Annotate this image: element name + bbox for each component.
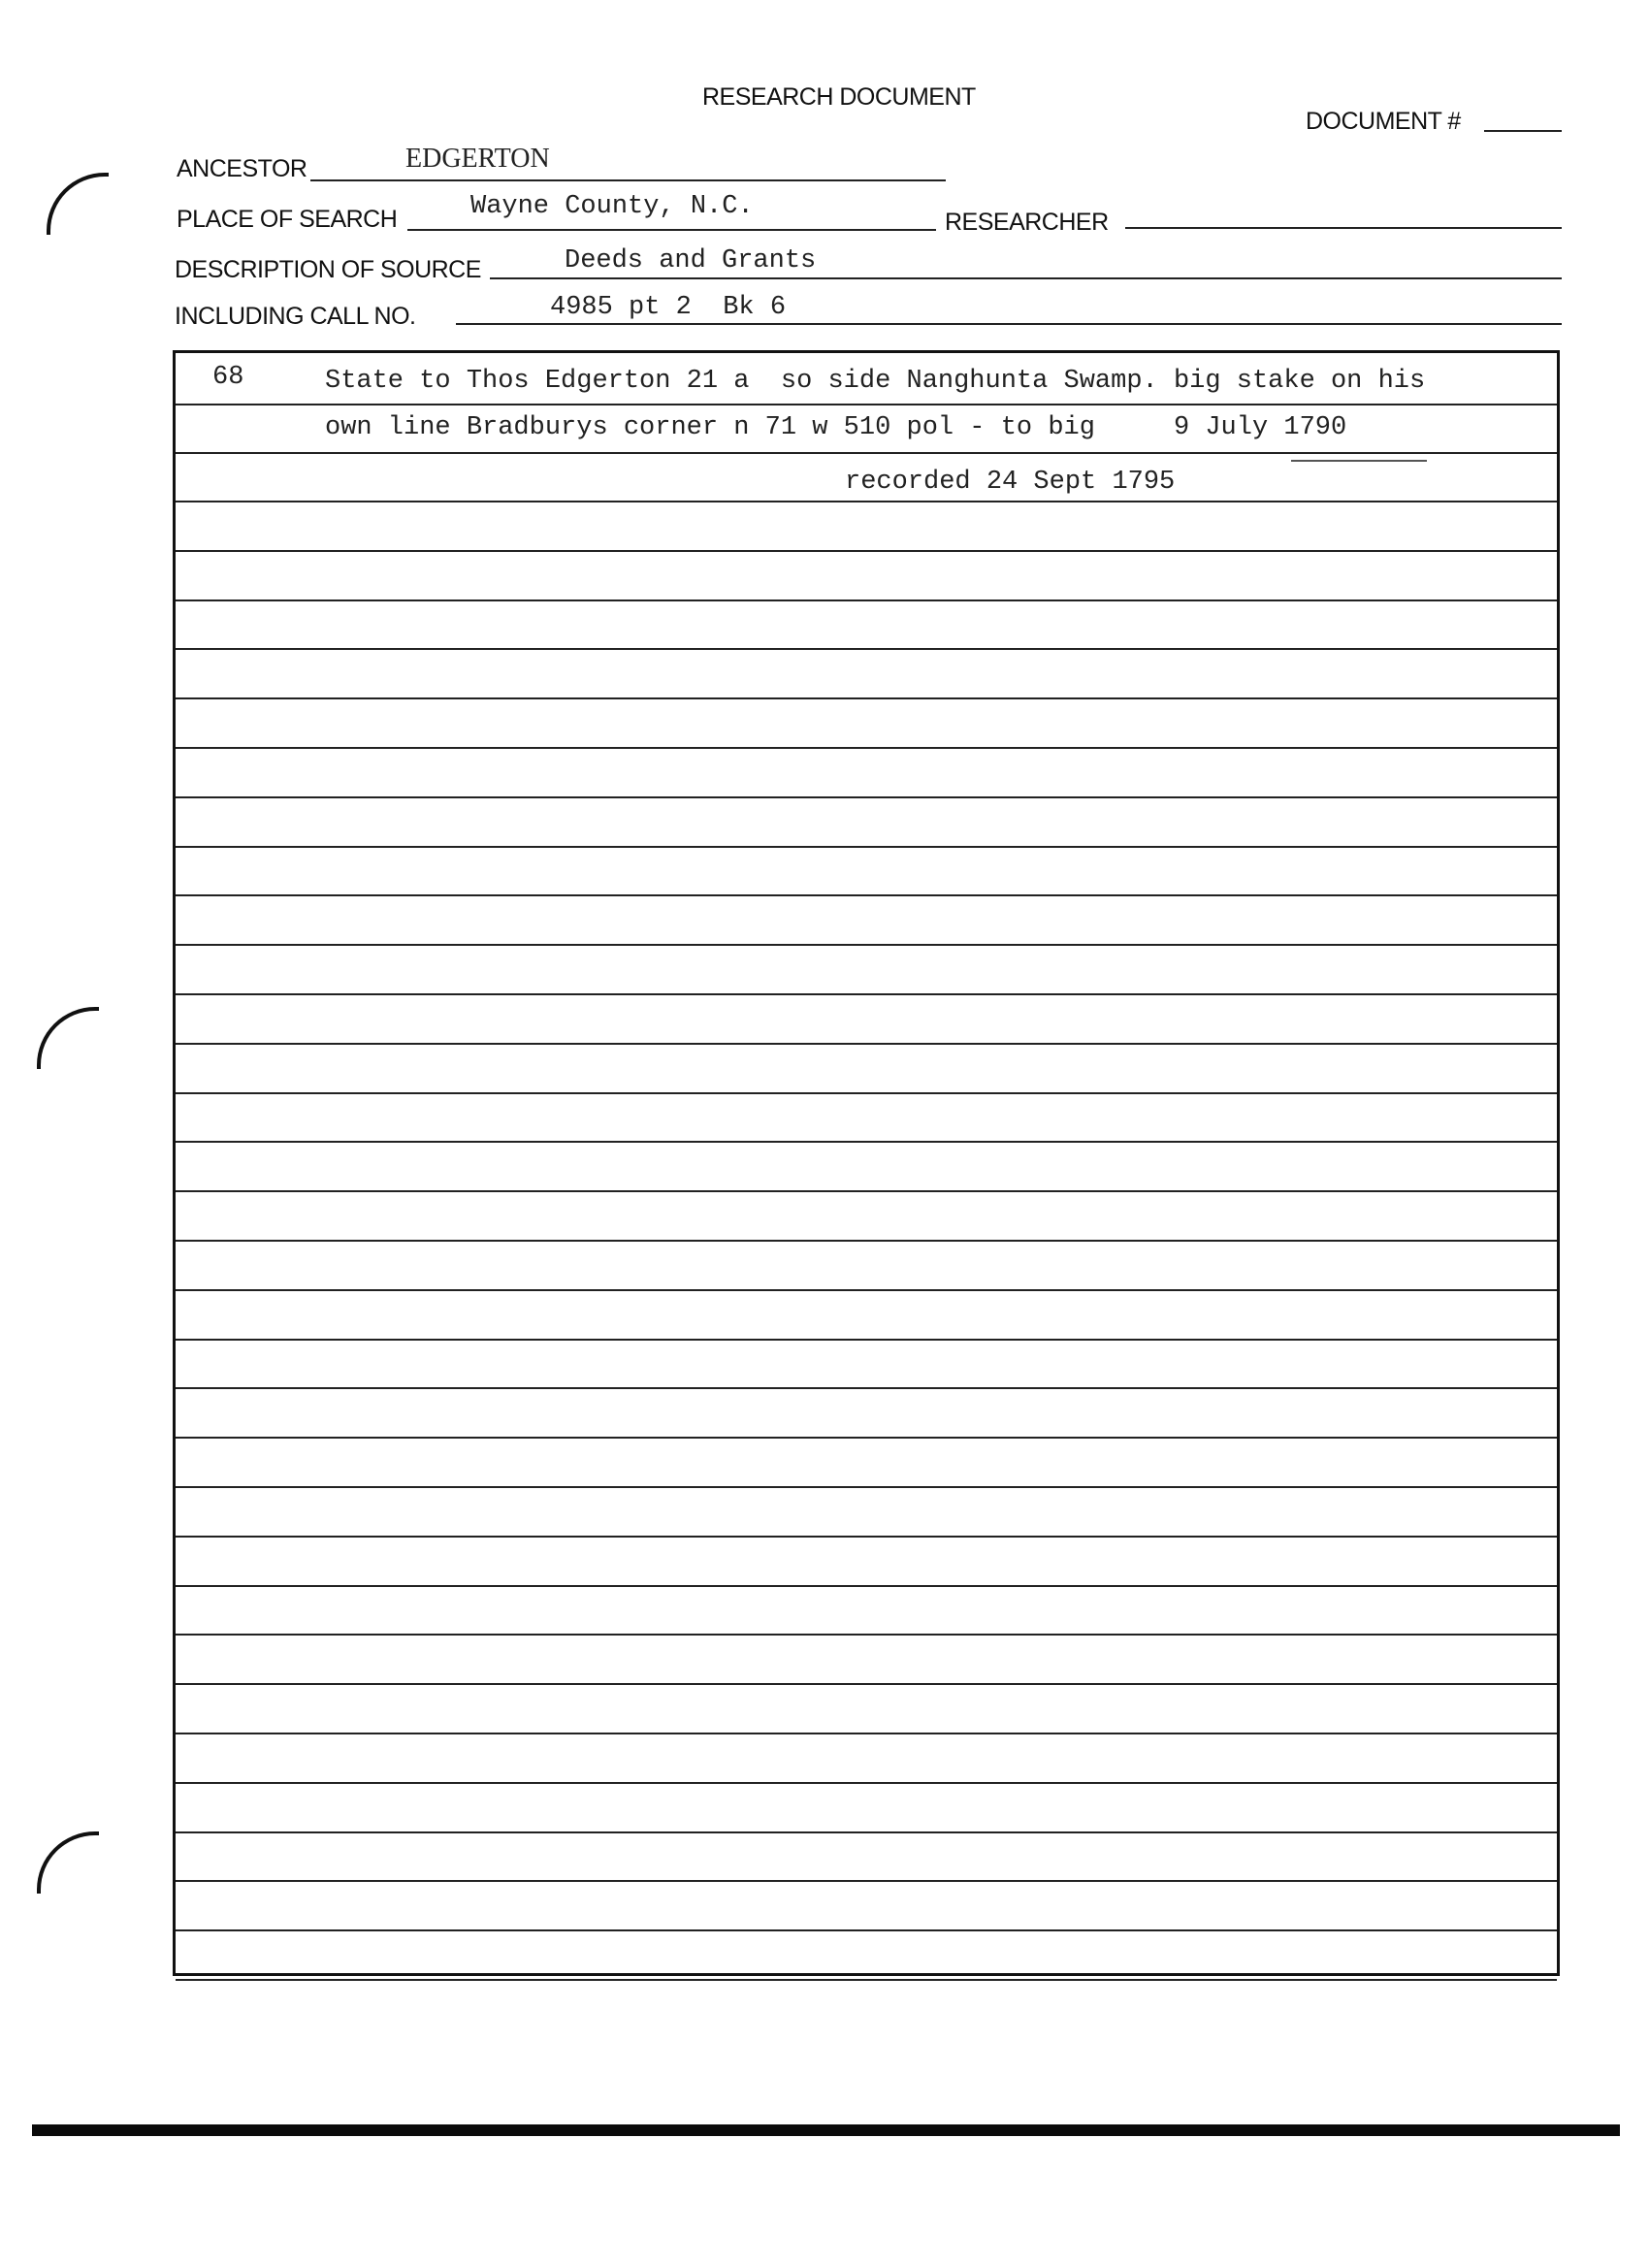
pen-mark — [1291, 460, 1427, 462]
document-number-label: DOCUMENT # — [1306, 108, 1461, 136]
binder-hole-middle — [37, 1007, 99, 1069]
call-no-label: INCLUDING CALL NO. — [175, 303, 415, 331]
call-no-value[interactable]: 4985 pt 2 Bk 6 — [550, 293, 786, 322]
entry-text: recorded 24 Sept 1795 — [845, 468, 1175, 497]
table-row-blank — [176, 946, 1557, 995]
table-row-blank — [176, 1833, 1557, 1883]
table-row-blank — [176, 1389, 1557, 1439]
binder-hole-top — [47, 173, 109, 235]
table-row-blank — [176, 1094, 1557, 1144]
description-of-source-value[interactable]: Deeds and Grants — [565, 246, 816, 275]
table-row-blank — [176, 1734, 1557, 1784]
ancestor-line — [310, 179, 946, 181]
entries-table: 68 State to Thos Edgerton 21 a so side N… — [173, 350, 1560, 1976]
table-row-blank — [176, 1685, 1557, 1734]
table-row-blank — [176, 995, 1557, 1045]
table-row-blank — [176, 1488, 1557, 1538]
table-row-blank — [176, 848, 1557, 897]
table-row-blank — [176, 896, 1557, 946]
entry-page-number: 68 — [212, 363, 243, 392]
table-row-blank — [176, 502, 1557, 552]
table-row-blank — [176, 1784, 1557, 1833]
table-row-blank — [176, 1882, 1557, 1931]
table-row-blank — [176, 1538, 1557, 1587]
description-of-source-line — [490, 277, 1562, 279]
table-row-blank — [176, 1192, 1557, 1242]
place-of-search-line — [407, 229, 936, 231]
table-row-blank — [176, 1587, 1557, 1636]
table-row-blank — [176, 1045, 1557, 1094]
place-of-search-label: PLACE OF SEARCH — [177, 206, 397, 234]
table-row-blank — [176, 1291, 1557, 1341]
table-row-blank — [176, 1931, 1557, 1981]
document-title: RESEARCH DOCUMENT — [702, 83, 976, 112]
table-row-blank — [176, 552, 1557, 601]
binder-hole-bottom — [37, 1831, 99, 1894]
table-row-blank — [176, 749, 1557, 798]
description-of-source-label: DESCRIPTION OF SOURCE — [175, 256, 481, 284]
ancestor-label: ANCESTOR — [177, 155, 307, 183]
entry-text: State to Thos Edgerton 21 a so side Nang… — [325, 367, 1425, 396]
ancestor-value[interactable]: EDGERTON — [405, 144, 550, 175]
entry-text: own line Bradburys corner n 71 w 510 pol… — [325, 413, 1346, 442]
researcher-label: RESEARCHER — [945, 209, 1109, 237]
document-number-line — [1484, 130, 1562, 132]
researcher-line — [1125, 227, 1562, 229]
table-row-blank — [176, 1439, 1557, 1488]
bottom-rule — [32, 2124, 1620, 2136]
table-row-blank — [176, 1143, 1557, 1192]
table-row-blank — [176, 699, 1557, 749]
table-row-blank — [176, 798, 1557, 848]
table-row: 68 State to Thos Edgerton 21 a so side N… — [176, 353, 1557, 405]
table-row-blank — [176, 1341, 1557, 1390]
place-of-search-value[interactable]: Wayne County, N.C. — [470, 192, 754, 221]
call-no-line — [456, 323, 1562, 325]
table-row-blank — [176, 650, 1557, 699]
table-row: own line Bradburys corner n 71 w 510 pol… — [176, 405, 1557, 454]
table-row-blank — [176, 601, 1557, 651]
table-row-blank — [176, 1242, 1557, 1291]
table-row-blank — [176, 1636, 1557, 1685]
table-row: recorded 24 Sept 1795 — [176, 454, 1557, 502]
